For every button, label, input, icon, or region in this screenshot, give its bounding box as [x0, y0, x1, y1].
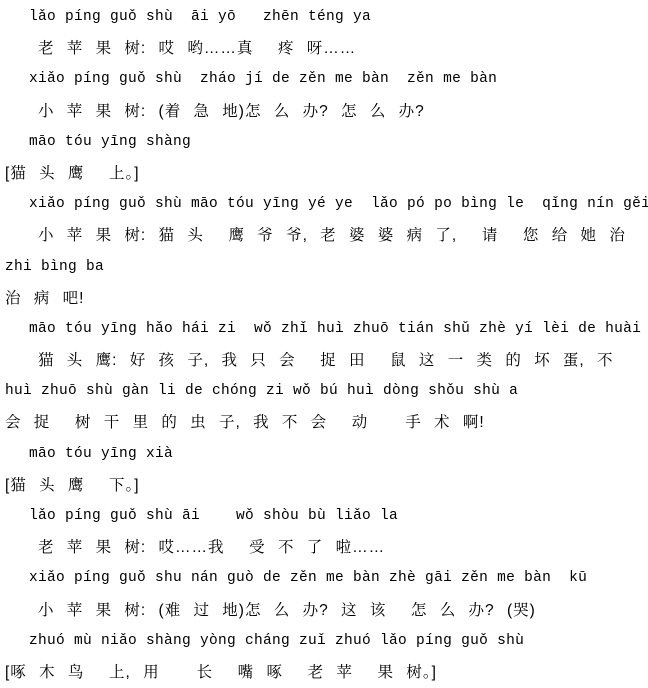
- hanzi-line-old-tree-ouch: 老 苹 果 树: 哎 哟……真 疼 呀……: [0, 33, 648, 64]
- pinyin-line-small-tree-sad: xiǎo píng guǒ shu nán guò de zěn me bàn …: [0, 563, 648, 594]
- hanzi-line-small-tree-anxious: 小 苹 果 树: (着 急 地)怎 么 办? 怎 么 办?: [0, 96, 648, 127]
- pinyin-line-plea-continued: zhi bìng ba: [0, 252, 648, 283]
- pinyin-line-owl-enters: māo tóu yīng shàng: [0, 127, 648, 158]
- hanzi-line-small-tree-sad: 小 苹 果 树: (难 过 地)怎 么 办? 这 该 怎 么 办? (哭): [0, 595, 648, 626]
- hanzi-line-owl-reply-continued: 会 捉 树 干 里 的 虫 子, 我 不 会 动 手 术 啊!: [0, 407, 648, 438]
- pinyin-line-old-tree-ouch: lǎo píng guǒ shù āi yō zhēn téng ya: [0, 2, 648, 33]
- pinyin-line-owl-reply-continued: huì zhuō shù gàn li de chóng zi wǒ bú hu…: [0, 376, 648, 407]
- pinyin-line-owl-reply: māo tóu yīng hǎo hái zi wǒ zhǐ huì zhuō …: [0, 314, 648, 345]
- hanzi-line-old-tree-suffering: 老 苹 果 树: 哎……我 受 不 了 啦……: [0, 532, 648, 563]
- hanzi-line-owl-enters-stage: [猫 头 鹰 上。]: [0, 158, 648, 189]
- pinyin-line-small-tree-anxious: xiǎo píng guǒ shù zháo jí de zěn me bàn …: [0, 64, 648, 95]
- pinyin-line-woodpecker-enters: zhuó mù niǎo shàng yòng cháng zuǐ zhuó l…: [0, 626, 648, 657]
- hanzi-line-plea-continued: 治 病 吧!: [0, 283, 648, 314]
- hanzi-line-owl-exits-stage: [猫 头 鹰 下。]: [0, 470, 648, 501]
- hanzi-line-woodpecker-stage: [啄 木 鸟 上, 用 长 嘴 啄 老 苹 果 树。]: [0, 657, 648, 688]
- hanzi-line-small-tree-plea: 小 苹 果 树: 猫 头 鹰 爷 爷, 老 婆 婆 病 了, 请 您 给 她 治: [0, 220, 648, 251]
- pinyin-line-old-tree-suffering: lǎo píng guǒ shù āi wǒ shòu bù liǎo la: [0, 501, 648, 532]
- pinyin-line-small-tree-plea: xiǎo píng guǒ shù māo tóu yīng yé ye lǎo…: [0, 189, 648, 220]
- document-page: lǎo píng guǒ shù āi yō zhēn téng ya 老 苹 …: [0, 0, 648, 688]
- hanzi-line-owl-reply: 猫 头 鹰: 好 孩 子, 我 只 会 捉 田 鼠 这 一 类 的 坏 蛋, 不: [0, 345, 648, 376]
- pinyin-line-owl-exits: māo tóu yīng xià: [0, 439, 648, 470]
